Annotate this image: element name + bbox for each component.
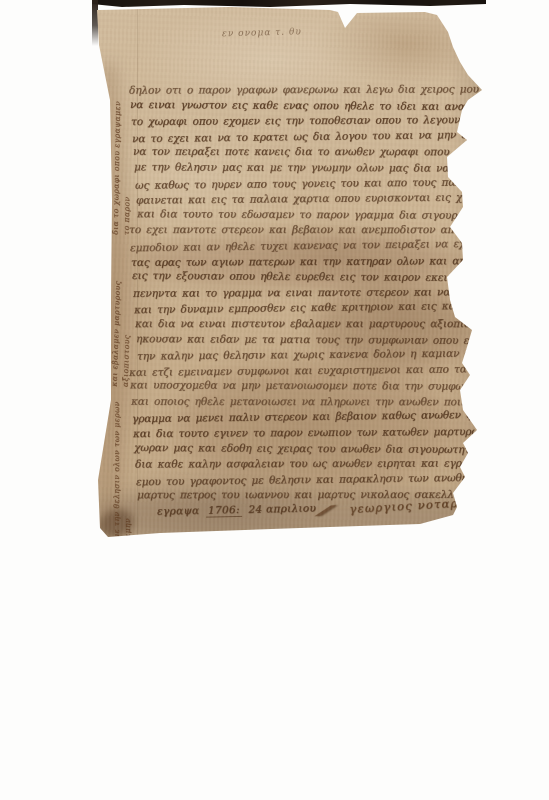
scanner-edge-strip [92, 0, 486, 7]
text-line: και δια τουτο του εδωσαμεν το παρον γραμ… [137, 207, 483, 224]
closing-prefix: εγραψα [157, 505, 200, 518]
closing-date-line: εγραψα 1706: 24 απριλιου [157, 502, 316, 517]
closing-year: 1706: [206, 504, 242, 518]
text-line: και δια τουτο εγινεν το παρον ενωπιον τω… [133, 425, 483, 443]
closing-date: 24 απριλιου [248, 502, 316, 515]
heading-inscription: εν ονομα τ. θυ [222, 27, 332, 40]
text-line: εις την εξουσιαν οπου ηθελε ευρεθει εις … [132, 269, 483, 287]
manuscript-paper: εν ονομα τ. θυ δια το χωραφι οπου εγραψα… [97, 7, 483, 538]
signature-flourish-icon: / [312, 502, 343, 517]
scan-area: εν ονομα τ. θυ δια το χωραφι οπου εγραψα… [0, 0, 549, 800]
text-line: με την θελησιν μας και με την γνωμην ολω… [134, 160, 483, 177]
text-line: να τον πειραξει ποτε κανεις δια το ανωθε… [133, 145, 483, 161]
text-line: δηλον οτι ο παρον γραφων φανερωνω και λε… [129, 82, 483, 99]
scanner-edge-sliver [92, 0, 98, 46]
manuscript-text-block: δηλον οτι ο παρον γραφων φανερωνω και λε… [133, 83, 483, 504]
text-line: και υποσχομεθα να μην μετανοιωσομεν ποτε… [130, 379, 483, 396]
text-line: και δια να ειναι πιστευτον εβαλαμεν και … [135, 317, 483, 333]
